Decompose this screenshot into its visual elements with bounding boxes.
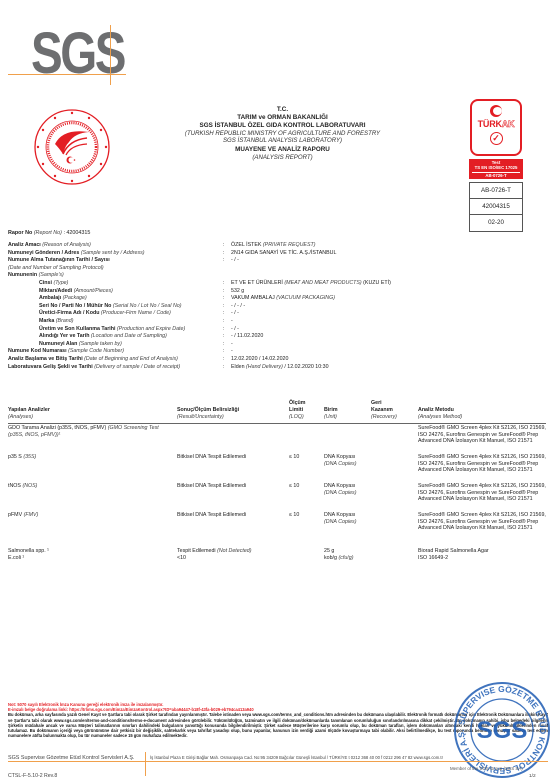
table-row: E.coli ¹<10kob/g (cfu/g)ISO 16649-2: [8, 555, 546, 563]
report-period: 02-20: [470, 215, 522, 231]
cell-analysis: pFMV (FMV): [8, 512, 158, 519]
header-unit: Birim(Unit): [324, 407, 338, 421]
table-row: p35 S (35S)Bitkisel DNA Tespit Edilemedi…: [8, 454, 546, 483]
cell-result: Tespit Edilemedi (Not Detected): [177, 548, 252, 555]
cell-result: <10: [177, 555, 186, 562]
band-code: AB-0726-T: [472, 172, 520, 178]
info-row: Üretim ve Son Kullanma Tarihi (Productio…: [8, 326, 548, 334]
info-value: 2N14 GIDA SANAYİ VE TİC. A.Ş./İSTANBUL: [231, 250, 336, 257]
info-row: Numunenin (Sample's): [8, 272, 548, 280]
band-standard: TS EN ISO/IEC 17025: [469, 165, 523, 170]
footer-address: İş İstanbul Plaza E Girişi Bağlar Mah. O…: [150, 755, 443, 760]
info-row: Miktarı/Adedi (Amount/Pieces):532 g: [8, 288, 548, 296]
company-stamp-icon: SUPERVISE GÖZETME ETÜD KONTROL SERVİSLER…: [452, 680, 552, 780]
accreditation-band: Test TS EN ISO/IEC 17025 AB-0726-T: [469, 159, 523, 179]
info-value: ET VE ET ÜRÜNLERİ (MEAT AND MEAT PRODUCT…: [231, 280, 391, 287]
page-number: 1/2: [529, 774, 536, 780]
results-table: Yapılan Analizler(Analyses)Sonuç/Ölçüm B…: [8, 397, 546, 563]
info-row: Ambalajı (Package):VAKUM AMBALAJ (VACUUM…: [8, 295, 548, 303]
info-value: ÖZEL İSTEK (PRIVATE REQUEST): [231, 242, 316, 249]
header-loq: Ölçüm Limiti(LOQ): [289, 400, 305, 421]
info-value: -: [231, 318, 233, 325]
header-ministry: TARIM ve ORMAN BAKANLIĞI: [150, 114, 415, 122]
accreditation-box: AB-0726-T 42004315 02-20: [469, 182, 523, 232]
cell-analysis: Salmonella spp. ¹: [8, 548, 158, 555]
header-ministry-en: (TURKISH REPUBLIC MINISTRY OF AGRICULTUR…: [150, 130, 415, 138]
table-row: pFMV (FMV)Bitkisel DNA Tespit Edilemedi≤…: [8, 512, 546, 548]
info-row: Analiz Amacı (Reason of Analysis):ÖZEL İ…: [8, 242, 548, 250]
info-label: Ambalajı (Package): [39, 295, 87, 302]
info-row: Laboratuvara Geliş Şekli ve Tarihi (Deli…: [8, 364, 548, 372]
info-row: Numune Kod Numarası (Sample Code Number)…: [8, 348, 548, 356]
logo-divider-vertical: [110, 25, 111, 85]
info-value: - / -: [231, 257, 239, 264]
info-label: Analiz Amacı (Reason of Analysis): [8, 242, 91, 249]
report-no-label-en: (Report No): [34, 230, 62, 236]
colon: :: [223, 356, 224, 363]
header-analyses: Yapılan Analizler(Analyses): [8, 407, 50, 421]
info-value: 12.02.2020 / 14.02.2020: [231, 356, 288, 363]
cell-method: SureFood® GMO Screen 4plex Kit S2126, IS…: [418, 483, 548, 503]
info-label: Cinsi (Type): [39, 280, 68, 287]
info-row: Numuneyi Alan (Sample taken by):-: [8, 341, 548, 349]
colon: :: [223, 242, 224, 249]
info-value: - / - / -: [231, 303, 245, 310]
info-label: Seri No / Parti No / Mühür No (Serial No…: [39, 303, 181, 310]
report-title-en: (ANALYSIS REPORT): [150, 154, 415, 162]
report-no-value: : 42004315: [63, 230, 90, 236]
cell-unit: kob/g (cfu/g): [324, 555, 353, 562]
crescent-icon: [490, 105, 502, 117]
sgs-logo: SGS: [8, 25, 128, 85]
logo-divider-horizontal: [8, 74, 126, 75]
cell-result: Bitkisel DNA Tespit Edilemedi: [177, 483, 246, 490]
cell-loq: ≤ 10: [289, 512, 299, 519]
cell-method: SureFood® GMO Screen 4plex Kit S2126, IS…: [418, 512, 548, 532]
header-result: Sonuç/Ölçüm Belirsizliği(Result/Uncertai…: [177, 407, 239, 421]
info-label: Üretim ve Son Kullanma Tarihi (Productio…: [39, 326, 185, 333]
colon: :: [223, 326, 224, 333]
turkak-accreditation-badge: TÜRKAK ✓ Test TS EN ISO/IEC 17025 AB-072…: [467, 99, 525, 232]
header-method: Analiz Metodu(Analyses Method): [418, 407, 548, 421]
footer-member: Member of the SGS Group (SGS SA): [450, 766, 523, 772]
colon: :: [223, 364, 224, 371]
header-laboratory-en: SGS İSTANBUL ANALYSIS LABORATORY): [150, 137, 415, 145]
results-table-body: GDO Tarama Analizi (p35S, tNOS, pFMV) (G…: [8, 425, 546, 563]
colon: :: [223, 341, 224, 348]
cell-method: SureFood® GMO Screen 4plex Kit S2126, IS…: [418, 454, 548, 474]
svg-text:SGS: SGS: [477, 717, 528, 744]
report-number-line: Rapor No (Report No) : 42004315: [8, 230, 90, 237]
info-value: -: [231, 348, 233, 355]
cell-analysis: p35 S (35S): [8, 454, 158, 461]
info-value: - / -: [231, 326, 239, 333]
info-label: Numuneyi Alan (Sample taken by): [39, 341, 122, 348]
info-row: Numune Alma Tutanağının Tarihi / Sayısı …: [8, 257, 548, 265]
colon: :: [223, 295, 224, 302]
colon: :: [223, 250, 224, 257]
cell-unit: DNA Kopyası(DNA Copies): [324, 454, 356, 467]
cell-method: SureFood® GMO Screen 4plex Kit S2126, IS…: [418, 425, 548, 445]
info-value: - / 11.02.2020: [231, 333, 263, 340]
colon: :: [223, 333, 224, 340]
colon: :: [223, 303, 224, 310]
info-row: Cinsi (Type):ET VE ET ÜRÜNLERİ (MEAT AND…: [8, 280, 548, 288]
info-row: Analiz Başlama ve Bitiş Tarihi (Date of …: [8, 356, 548, 364]
colon: :: [223, 257, 224, 264]
header-recovery: Geri Kazanım(Recovery): [371, 400, 397, 421]
ministry-seal-icon: [33, 108, 111, 186]
info-row: Alındığı Yer ve Tarih (Location and Date…: [8, 333, 548, 341]
colon: :: [223, 288, 224, 295]
info-value: - / -: [231, 310, 239, 317]
table-row: GDO Tarama Analizi (p35S, tNOS, pFMV) (G…: [8, 425, 546, 454]
report-title: MUAYENE VE ANALİZ RAPORU: [150, 146, 415, 154]
turkak-name: TÜRKAK: [472, 119, 520, 130]
footer-divider-vertical: [145, 752, 146, 776]
form-code: CTSL-F-5.10-2 Rev.8: [8, 773, 57, 780]
cell-unit: 25 g: [324, 548, 334, 555]
turkak-logo: TÜRKAK ✓: [470, 99, 522, 156]
info-value: Elden (Hand Delivery) / 12.02.2020 10:30: [231, 364, 329, 371]
info-label: Marka (Brand): [39, 318, 73, 325]
cell-result: Bitkisel DNA Tespit Edilemedi: [177, 512, 246, 519]
info-label: Numunenin (Sample's): [8, 272, 64, 279]
footer-company: SGS Supervise Gözetme Etüd Kontrol Servi…: [8, 755, 134, 762]
colon: :: [223, 318, 224, 325]
results-table-header: Yapılan Analizler(Analyses)Sonuç/Ölçüm B…: [8, 397, 546, 424]
info-row: Numuneyi Gönderen / Adres (Sample sent b…: [8, 250, 548, 258]
sample-info: Analiz Amacı (Reason of Analysis):ÖZEL İ…: [8, 242, 548, 371]
cell-analysis: GDO Tarama Analizi (p35S, tNOS, pFMV) (G…: [8, 425, 168, 438]
table-row: tNOS (NOS)Bitkisel DNA Tespit Edilemedi≤…: [8, 483, 546, 512]
cell-result: Bitkisel DNA Tespit Edilemedi: [177, 454, 246, 461]
cell-unit: DNA Kopyası(DNA Copies): [324, 483, 356, 496]
info-label: Alındığı Yer ve Tarih (Location and Date…: [39, 333, 167, 340]
colon: :: [223, 280, 224, 287]
colon: :: [223, 310, 224, 317]
cell-method: Biorad Rapid Salmonella Agar: [418, 548, 548, 555]
info-value: VAKUM AMBALAJ (VACUUM PACKAGING): [231, 295, 335, 302]
info-row: Marka (Brand):-: [8, 318, 548, 326]
report-header: T.C. TARIM ve ORMAN BAKANLIĞI SGS İSTANB…: [150, 106, 415, 161]
info-label: Numuneyi Gönderen / Adres (Sample sent b…: [8, 250, 145, 257]
info-value: 532 g: [231, 288, 244, 295]
cell-loq: ≤ 10: [289, 483, 299, 490]
info-label: Numune Alma Tutanağının Tarihi / Sayısı: [8, 257, 110, 264]
table-row: Salmonella spp. ¹Tespit Edilemedi (Not D…: [8, 548, 546, 555]
report-no-label: Rapor No: [8, 230, 32, 236]
cell-method: ISO 16649-2: [418, 555, 548, 562]
checkmark-icon: ✓: [490, 132, 503, 145]
cell-analysis: E.coli ¹: [8, 555, 158, 562]
info-label: (Date and Number of Sampling Protocol): [8, 265, 104, 272]
info-label: Miktarı/Adedi (Amount/Pieces): [39, 288, 113, 295]
header-tc: T.C.: [150, 106, 415, 114]
info-label: Laboratuvara Geliş Şekli ve Tarihi (Deli…: [8, 364, 180, 371]
accreditation-number: AB-0726-T: [470, 183, 522, 199]
cell-analysis: tNOS (NOS): [8, 483, 158, 490]
cell-loq: ≤ 10: [289, 454, 299, 461]
info-label: Numune Kod Numarası (Sample Code Number): [8, 348, 124, 355]
info-row: Üretici-Firma Adı / Kodu (Producer-Firm …: [8, 310, 548, 318]
cell-unit: DNA Kopyası(DNA Copies): [324, 512, 356, 525]
header-laboratory: SGS İSTANBUL ÖZEL GIDA KONTROL LABORATUV…: [150, 122, 415, 130]
info-label: Analiz Başlama ve Bitiş Tarihi (Date of …: [8, 356, 178, 363]
info-row: (Date and Number of Sampling Protocol): [8, 265, 548, 273]
info-label: Üretici-Firma Adı / Kodu (Producer-Firm …: [39, 310, 171, 317]
colon: :: [223, 348, 224, 355]
info-value: -: [231, 341, 233, 348]
report-number: 42004315: [470, 199, 522, 215]
